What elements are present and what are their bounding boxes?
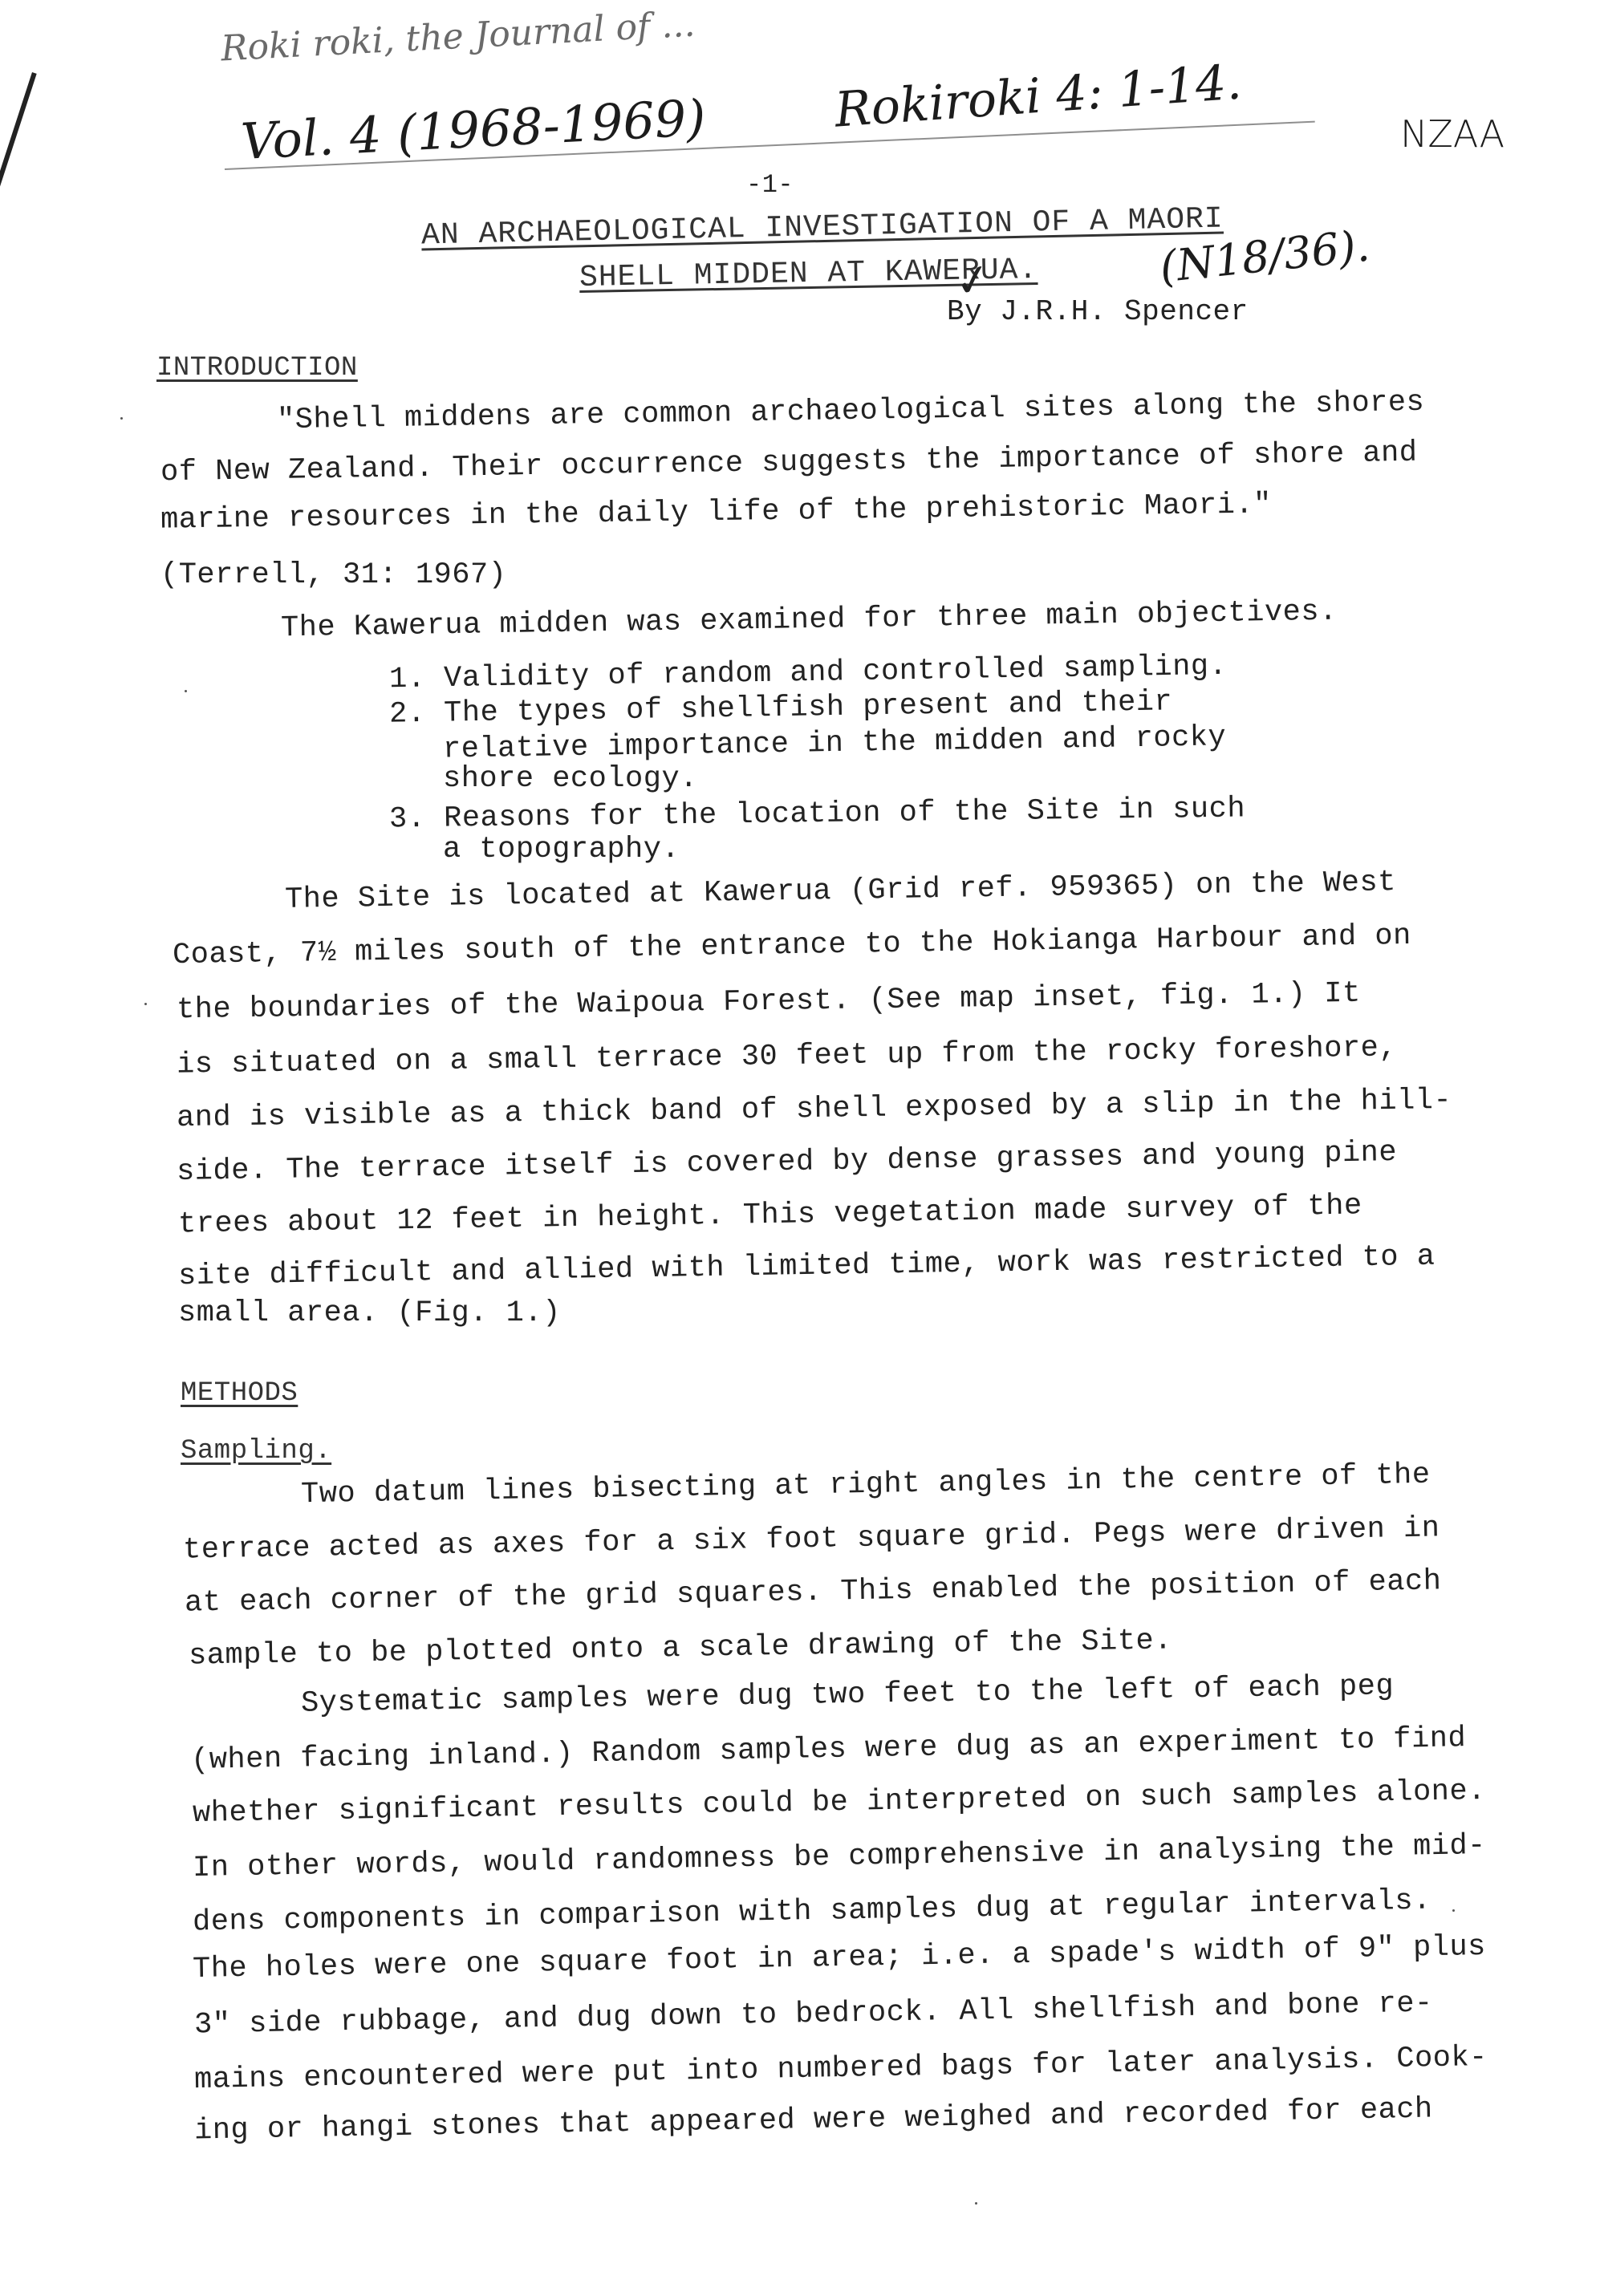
body-line: side. The terrace itself is covered by d…	[177, 1136, 1398, 1189]
body-line: ing or hangi stones that appeared were w…	[194, 2093, 1433, 2148]
body-line: the boundaries of the Waipoua Forest. (S…	[177, 977, 1361, 1028]
body-line: at each corner of the grid squares. This…	[185, 1564, 1442, 1620]
body-line: "Shell middens are common archaeological…	[277, 386, 1425, 437]
handwritten-slash-mark	[0, 72, 37, 207]
objective-item-3-cont: a topography.	[443, 833, 680, 866]
body-line: (when facing inland.) Random samples wer…	[191, 1722, 1467, 1778]
scan-speck	[144, 1003, 147, 1005]
body-line: trees about 12 feet in height. This vege…	[178, 1189, 1362, 1241]
body-line: and is visible as a thick band of shell …	[177, 1084, 1452, 1135]
body-line: Two datum lines bisecting at right angle…	[301, 1458, 1431, 1512]
body-line: The Site is located at Kawerua (Grid ref…	[285, 866, 1396, 917]
handwritten-journal-note: Roki roki, the Journal of ...	[220, 4, 696, 70]
body-line: marine resources in the daily life of th…	[160, 488, 1272, 537]
body-line: whether significant results could be int…	[193, 1775, 1486, 1831]
body-line: mains encountered were put into numbered…	[194, 2041, 1488, 2097]
body-line: sample to be plotted onto a scale drawin…	[189, 1624, 1173, 1673]
body-line: of New Zealand. Their occurrence suggest…	[160, 436, 1418, 490]
objective-item-3: 3. Reasons for the location of the Site …	[389, 792, 1246, 836]
body-line: The holes were one square foot in area; …	[193, 1930, 1486, 1986]
body-line: terrace acted as axes for a six foot squ…	[183, 1511, 1440, 1567]
body-line: small area. (Fig. 1.)	[178, 1296, 561, 1330]
document-page: Roki roki, the Journal of ... Vol. 4 (19…	[0, 0, 1604, 2296]
handwritten-org: NZAA	[1400, 112, 1505, 156]
body-line: is situated on a small terrace 30 feet u…	[177, 1031, 1398, 1081]
page-number: -1-	[746, 170, 794, 200]
title-line-1: AN ARCHAEOLOGICAL INVESTIGATION OF A MAO…	[421, 202, 1224, 254]
scan-speck	[120, 417, 123, 420]
body-line citation: (Terrell, 31: 1967)	[160, 558, 506, 592]
body-line: dens components in comparison with sampl…	[193, 1884, 1431, 1940]
body-line: 3" side rubbage, and dug down to bedrock…	[194, 1987, 1433, 2042]
byline: By J.R.H. Spencer	[947, 295, 1249, 328]
scan-speck	[975, 2202, 977, 2205]
body-line: In other words, would randomness be comp…	[193, 1829, 1486, 1885]
section-heading-methods: METHODS	[181, 1378, 298, 1409]
section-heading-introduction: INTRODUCTION	[156, 353, 358, 383]
body-line: The Kawerua midden was examined for thre…	[281, 595, 1338, 646]
body-line: site difficult and allied with limited t…	[178, 1240, 1435, 1294]
handwritten-citation: Rokiroki 4: 1-14.	[833, 54, 1243, 138]
body-line: Coast, 7½ miles south of the entrance to…	[173, 919, 1411, 972]
objective-item-2-cont: shore ecology.	[443, 762, 698, 796]
scan-speck	[1452, 1909, 1455, 1912]
subsection-heading-sampling: Sampling.	[181, 1436, 331, 1466]
body-line: Systematic samples were dug two feet to …	[301, 1669, 1395, 1720]
handwritten-volume: Vol. 4 (1968-1969)	[239, 88, 707, 171]
scan-speck	[185, 690, 187, 692]
